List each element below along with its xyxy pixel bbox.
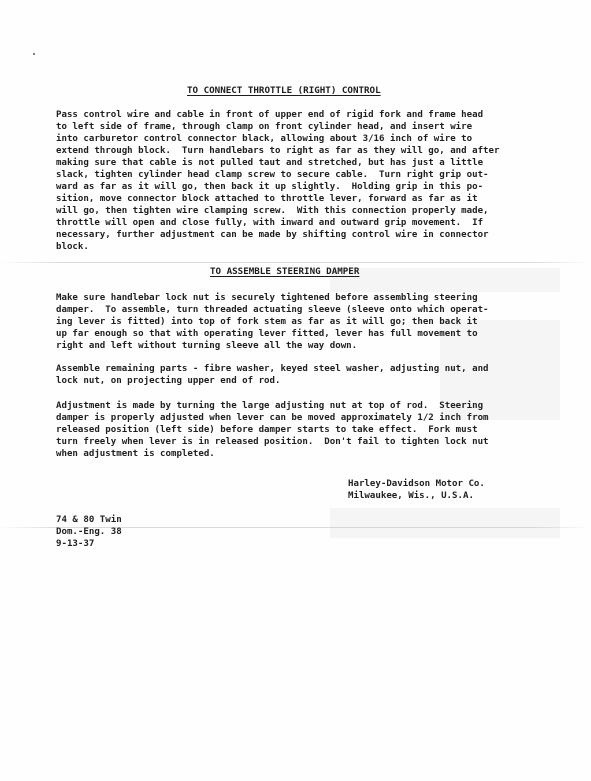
section-heading-steering-damper: TO ASSEMBLE STEERING DAMPER: [210, 266, 359, 277]
paragraph-damper-assembly: Make sure handlebar lock nut is securely…: [56, 292, 556, 352]
document-page: TO CONNECT THROTTLE (RIGHT) CONTROL Pass…: [0, 0, 591, 781]
bleed-through-text: [330, 268, 560, 292]
paragraph-damper-parts: Assemble remaining parts - fibre washer,…: [56, 363, 556, 387]
paragraph-damper-adjustment: Adjustment is made by turning the large …: [56, 400, 556, 460]
section-heading-throttle: TO CONNECT THROTTLE (RIGHT) CONTROL: [187, 85, 381, 96]
scan-speck: [33, 53, 35, 55]
document-reference: 74 & 80 Twin Dom.-Eng. 38 9-13-37: [56, 514, 122, 550]
paragraph-throttle: Pass control wire and cable in front of …: [56, 109, 556, 253]
company-signature: Harley-Davidson Motor Co. Milwaukee, Wis…: [348, 478, 485, 502]
bleed-through-text: [330, 508, 560, 538]
scan-fold-line: [0, 262, 591, 263]
